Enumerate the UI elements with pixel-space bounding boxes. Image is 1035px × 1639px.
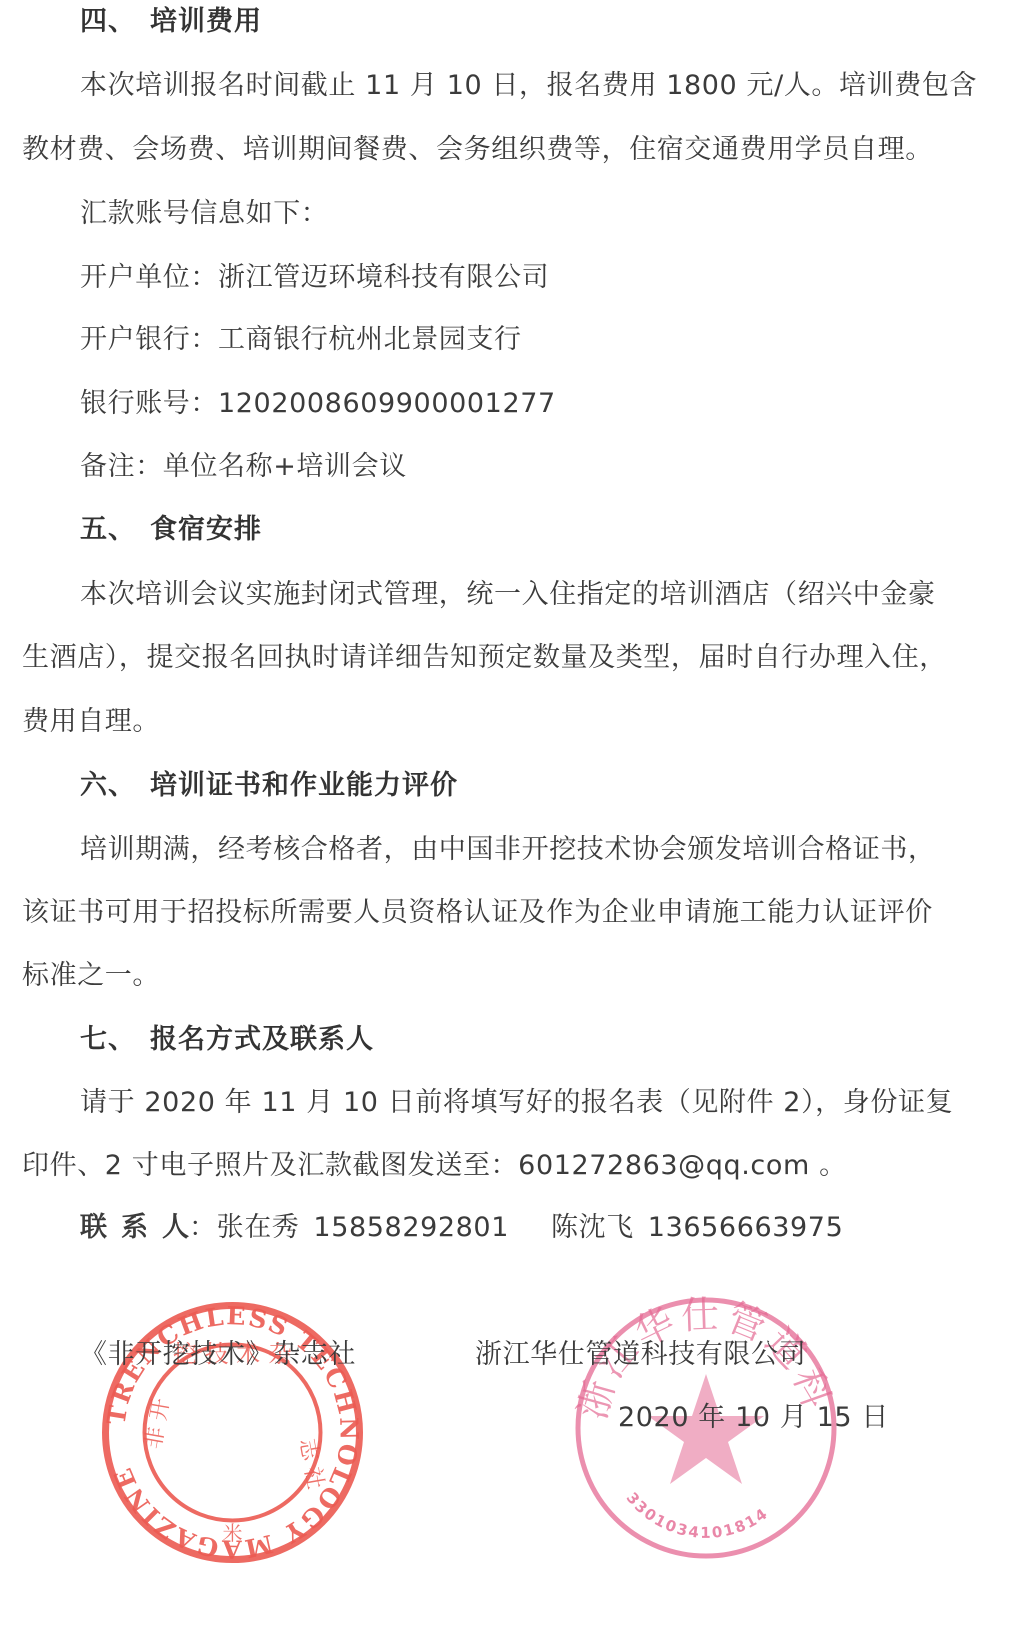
- paragraph-line: 本次培训报名时间截止 11 月 10 日，报名费用 1800 元/人。培训费包含: [80, 68, 977, 104]
- contact-separator: ：: [189, 1212, 217, 1243]
- section-title: 培训费用: [150, 6, 262, 37]
- contact1-phone: 15858292801: [313, 1212, 509, 1243]
- svg-text:米: 米: [223, 1521, 243, 1545]
- section-title: 食宿安排: [150, 514, 262, 545]
- section-heading-registration: 七、报名方式及联系人: [80, 1022, 374, 1058]
- svg-text:非 开: 非 开: [141, 1396, 174, 1451]
- paragraph-line: 教材费、会场费、培训期间餐费、会务组织费等，住宿交通费用学员自理。: [22, 132, 933, 168]
- svg-text:3301034101814: 3301034101814: [623, 1489, 772, 1542]
- paragraph-line: 本次培训会议实施封闭式管理，统一入住指定的培训酒店（绍兴中金豪: [80, 577, 936, 613]
- signature-org1: 《非开挖技术》杂志社: [80, 1337, 356, 1373]
- section-number: 六、: [80, 768, 150, 804]
- section-title: 报名方式及联系人: [150, 1024, 374, 1055]
- contact2-name: 陈沈飞: [551, 1212, 634, 1243]
- bank-name: 开户银行：工商银行杭州北景园支行: [80, 322, 522, 358]
- section-heading-lodging: 五、食宿安排: [80, 512, 262, 548]
- section-heading-fees: 四、培训费用: [80, 4, 262, 40]
- paragraph-line: 请于 2020 年 11 月 10 日前将填写好的报名表（见附件 2），身份证复: [80, 1085, 953, 1121]
- document-page: 四、培训费用 本次培训报名时间截止 11 月 10 日，报名费用 1800 元/…: [0, 0, 1035, 1639]
- paragraph-line: 生酒店），提交报名回执时请详细告知预定数量及类型，届时自行办理入住，: [22, 640, 947, 676]
- contact-label: 联系人: [80, 1212, 203, 1243]
- signature-date: 2020 年 10 月 15 日: [618, 1400, 889, 1436]
- paragraph-line: 费用自理。: [22, 704, 160, 740]
- paragraph-line: 印件、2 寸电子照片及汇款截图发送至：601272863@qq.com 。: [22, 1148, 847, 1184]
- section-title: 培训证书和作业能力评价: [150, 770, 458, 801]
- paragraph-line: 标准之一。: [22, 958, 160, 994]
- section-number: 七、: [80, 1022, 150, 1058]
- contact1-name: 张在秀: [217, 1212, 300, 1243]
- signature-org2: 浙江华仕管道科技有限公司: [475, 1337, 806, 1373]
- paragraph-line: 该证书可用于招投标所需要人员资格认证及作为企业申请施工能力认证评价: [22, 895, 933, 931]
- section-heading-certificate: 六、培训证书和作业能力评价: [80, 768, 458, 804]
- svg-text:志 社: 志 社: [294, 1437, 327, 1492]
- account-holder: 开户单位：浙江管迈环境科技有限公司: [80, 260, 549, 296]
- account-number: 银行账号：1202008609900001277: [80, 386, 556, 422]
- contact2-phone: 13656663975: [648, 1212, 844, 1243]
- paragraph-line: 培训期满，经考核合格者，由中国非开挖技术协会颁发培训合格证书，: [80, 832, 936, 868]
- payment-remark: 备注：单位名称+培训会议: [80, 449, 407, 485]
- section-number: 四、: [80, 4, 150, 40]
- section-number: 五、: [80, 512, 150, 548]
- account-intro: 汇款账号信息如下：: [80, 196, 328, 232]
- contact-line: 联系人：张在秀15858292801陈沈飞13656663975: [80, 1210, 843, 1246]
